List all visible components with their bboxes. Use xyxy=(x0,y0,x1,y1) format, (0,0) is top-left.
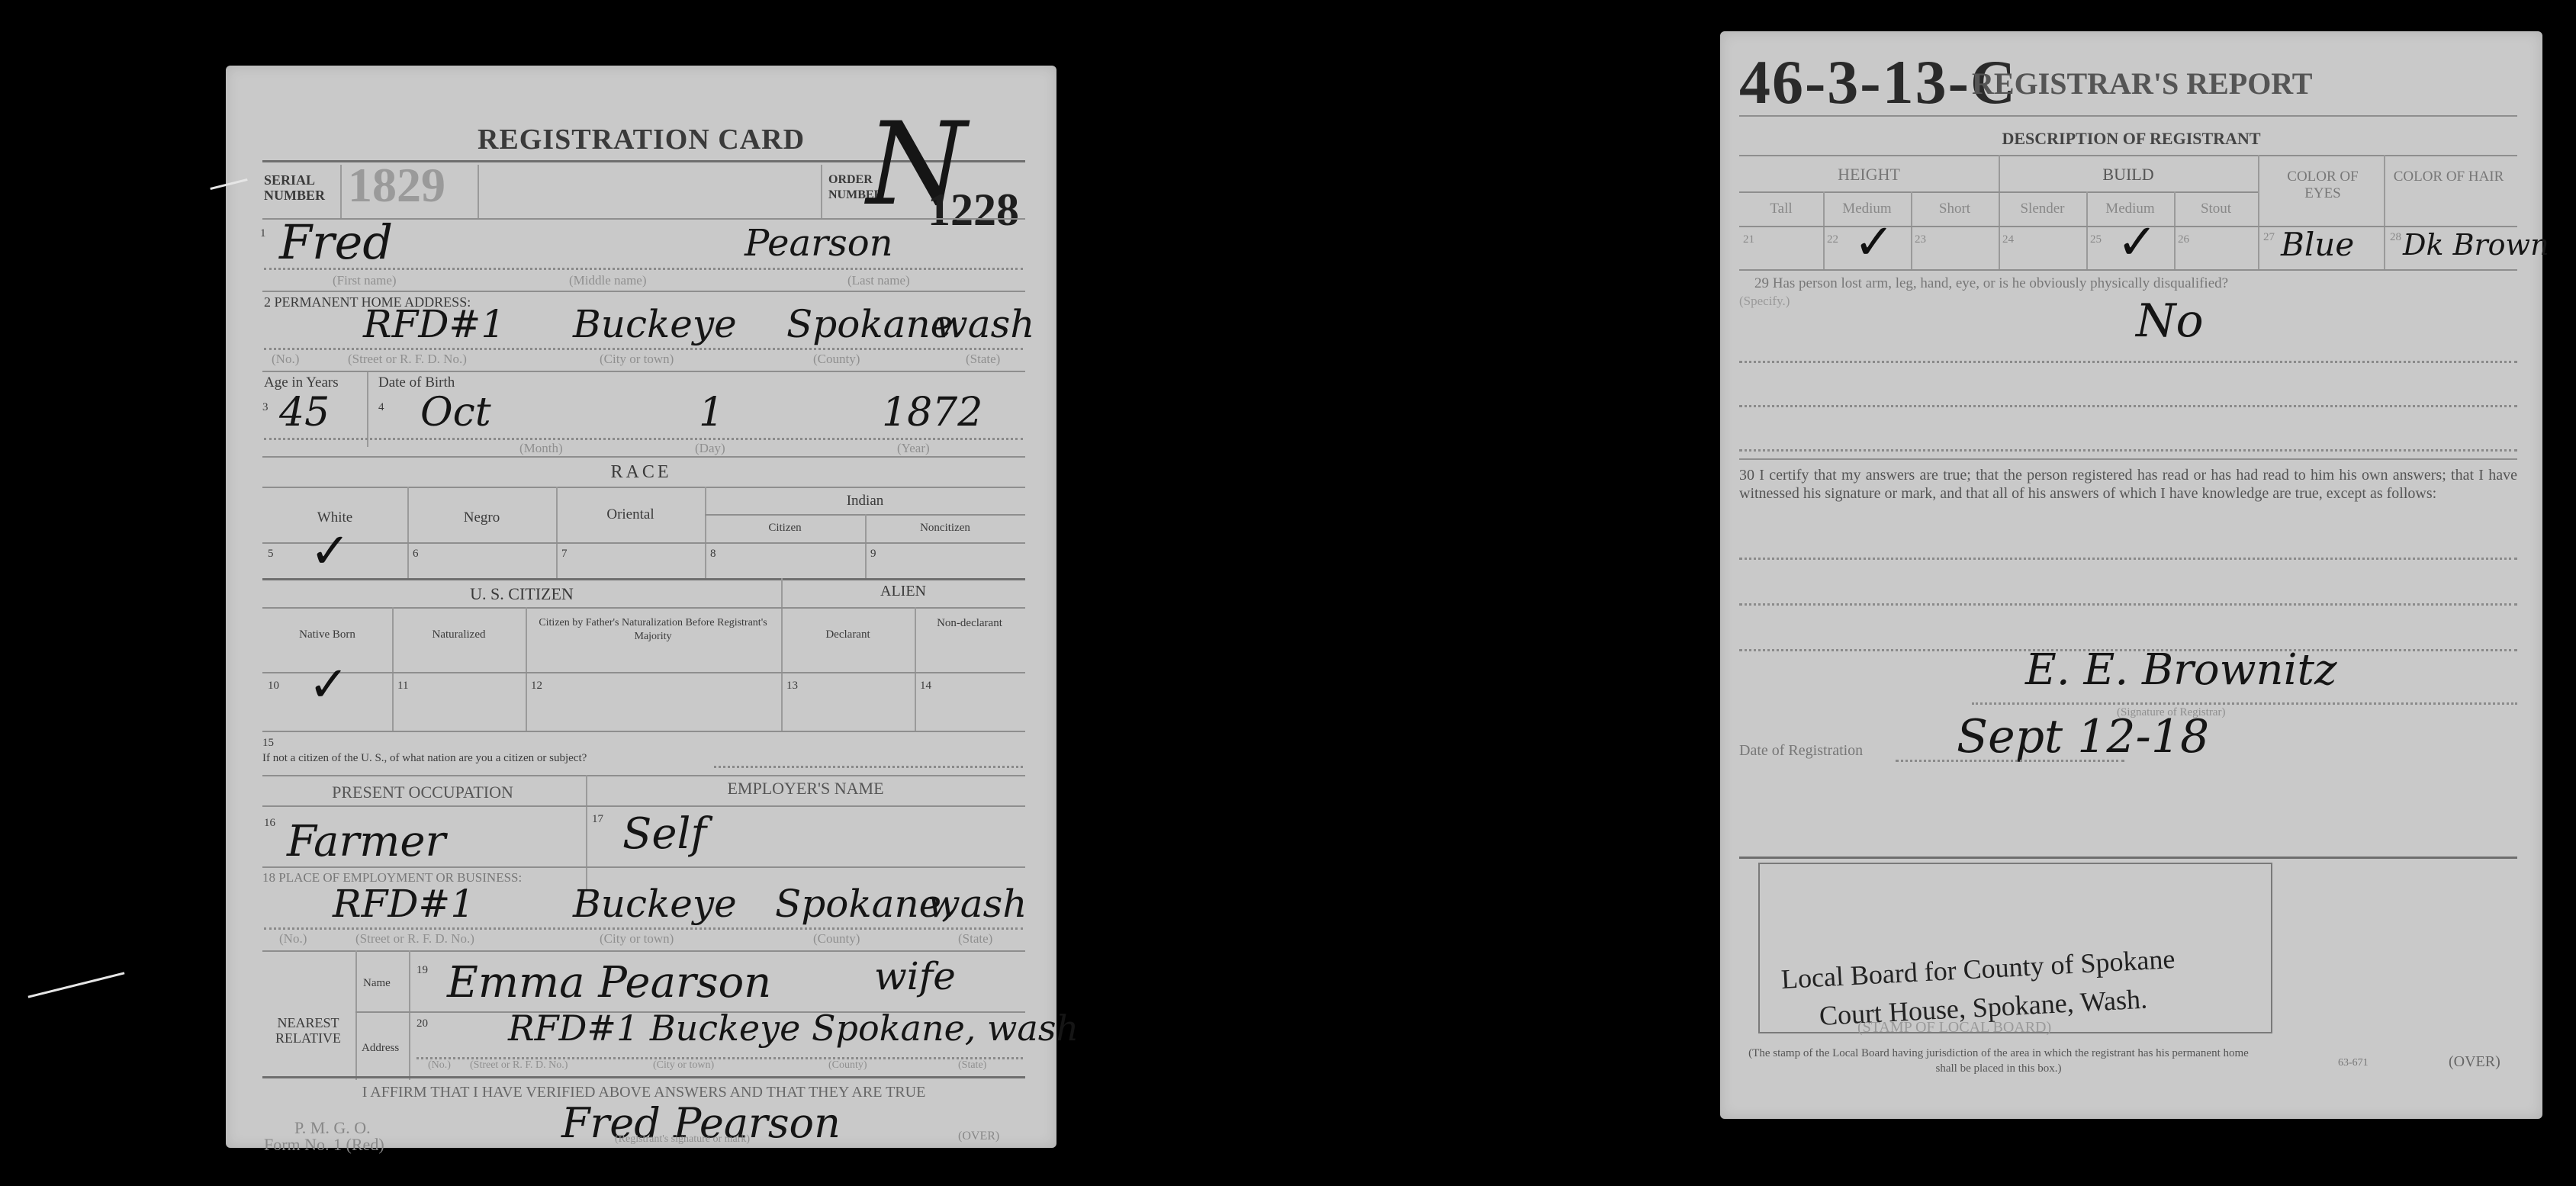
divider xyxy=(407,487,409,578)
registrars-report-back: 46-3-13-C REGISTRAR'S REPORT DESCRIPTION… xyxy=(1720,31,2542,1119)
report-title: REGISTRAR'S REPORT xyxy=(1972,66,2312,101)
divider xyxy=(262,456,1025,458)
alien-col-nondeclarant: Non-declarant xyxy=(928,616,1011,630)
dotted-line xyxy=(1739,603,2517,606)
caption-middle-name: (Middle name) xyxy=(569,273,647,288)
q15-number: 15 xyxy=(262,737,274,750)
divider xyxy=(262,731,1025,732)
citizen-col-naturalized: Naturalized xyxy=(392,628,526,641)
q28-number: 28 xyxy=(2390,231,2401,244)
dob-label: Date of Birth xyxy=(378,374,455,391)
q30-text: 30 I certify that my answers are true; t… xyxy=(1739,466,2517,503)
divider xyxy=(392,607,394,731)
native-born-checkmark: ✓ xyxy=(308,657,349,713)
divider xyxy=(1739,269,2517,271)
q16-number: 16 xyxy=(264,817,275,830)
divider xyxy=(1739,857,2517,859)
divider xyxy=(355,950,357,1080)
divider xyxy=(1739,155,2517,156)
q6-number: 6 xyxy=(413,548,419,561)
divider xyxy=(262,291,1025,292)
divider xyxy=(2258,155,2259,269)
last-name: Pearson xyxy=(744,222,893,265)
divider xyxy=(262,866,1025,868)
divider xyxy=(262,487,1025,488)
divider xyxy=(262,542,1025,544)
caption-first-name: (First name) xyxy=(333,273,397,288)
q29-answer: No xyxy=(2136,294,2204,348)
caption-city: (City or town) xyxy=(600,931,674,947)
relative-name: Emma Pearson xyxy=(447,958,771,1008)
dotted-line xyxy=(1896,760,2124,762)
us-citizen-heading: U. S. CITIZEN xyxy=(262,584,781,604)
occupation-heading: PRESENT OCCUPATION xyxy=(262,783,583,802)
caption-day: (Day) xyxy=(695,441,725,456)
serial-number-label: SERIAL NUMBER xyxy=(264,172,336,203)
caption-county: (County) xyxy=(813,352,860,367)
date-of-registration-label: Date of Registration xyxy=(1739,742,1863,760)
eye-color-value: Blue xyxy=(2281,226,2354,263)
divider xyxy=(1739,458,2517,460)
caption-no: (No.) xyxy=(272,352,299,367)
build-medium-checkmark: ✓ xyxy=(2117,214,2158,271)
build-col-stout: Stout xyxy=(2174,201,2258,217)
q5-number: 5 xyxy=(268,548,274,561)
signature-caption: (Registrant's signature or mark) xyxy=(615,1133,750,1146)
dob-day: 1 xyxy=(699,390,724,436)
dotted-line xyxy=(1739,361,2517,363)
q1-number: 1 xyxy=(260,227,266,240)
dotted-line xyxy=(1972,702,2517,705)
divider xyxy=(340,165,342,218)
stamp-note: (The stamp of the Local Board having jur… xyxy=(1743,1046,2254,1076)
order-number: 1228 xyxy=(928,184,1019,236)
caption-street: (Street or R. F. D. No.) xyxy=(355,931,474,947)
race-indian-heading: Indian xyxy=(705,493,1025,509)
registration-card-front: REGISTRATION CARD SERIAL NUMBER 1829 ORD… xyxy=(226,66,1056,1148)
employment-city: Buckeye xyxy=(573,882,737,926)
race-col-negro: Negro xyxy=(407,509,556,526)
occupation-value: Farmer xyxy=(287,817,445,866)
divider xyxy=(781,578,783,731)
hair-color-value: Dk Brown xyxy=(2403,228,2549,262)
q9-number: 9 xyxy=(870,548,876,561)
height-heading: HEIGHT xyxy=(1739,165,1999,185)
dotted-line xyxy=(1739,405,2517,407)
dotted-line xyxy=(714,766,1023,768)
stamp-caption: (STAMP OF LOCAL BOARD) xyxy=(1857,1019,2051,1037)
q7-number: 7 xyxy=(561,548,568,561)
caption-no: (No.) xyxy=(279,931,307,947)
race-col-oriental: Oriental xyxy=(556,506,705,523)
q12-number: 12 xyxy=(531,680,542,693)
q22-number: 22 xyxy=(1827,233,1838,246)
divider xyxy=(915,607,916,731)
height-col-short: Short xyxy=(1911,201,1999,217)
divider xyxy=(262,371,1025,372)
q20-number: 20 xyxy=(416,1017,428,1030)
race-col-noncitizen: Noncitizen xyxy=(865,522,1025,535)
dotted-line xyxy=(1739,558,2517,560)
over-label: (OVER) xyxy=(2449,1053,2500,1071)
divider xyxy=(478,165,479,218)
relative-address: RFD#1 Buckeye Spokane, wash xyxy=(508,1008,1079,1049)
divider xyxy=(262,578,1025,580)
over-label: (OVER) xyxy=(958,1130,999,1143)
q8-number: 8 xyxy=(710,548,716,561)
employer-heading: EMPLOYER'S NAME xyxy=(586,779,1025,799)
eye-color-heading: COLOR OF EYES xyxy=(2269,169,2376,202)
relative-relation: wife xyxy=(874,954,956,998)
caption-month: (Month) xyxy=(519,441,563,456)
divider xyxy=(526,607,527,731)
divider xyxy=(821,165,822,218)
caption-city: (City or town) xyxy=(600,352,674,367)
divider xyxy=(262,950,1025,952)
home-county: Spokane xyxy=(786,302,953,346)
divider xyxy=(1739,191,2258,193)
form-code: 63-671 xyxy=(2338,1057,2369,1069)
q4-number: 4 xyxy=(378,401,384,414)
caption-state: (State) xyxy=(966,352,1000,367)
divider xyxy=(2384,155,2385,269)
divider xyxy=(262,1076,1025,1078)
divider xyxy=(409,950,410,1080)
caption-state: (State) xyxy=(958,931,992,947)
build-col-slender: Slender xyxy=(1999,201,2086,217)
dob-month: Oct xyxy=(420,390,491,436)
divider xyxy=(262,775,1025,776)
registrar-signature: E. E. Brownitz xyxy=(2025,645,2337,695)
q26-number: 26 xyxy=(2178,233,2189,246)
q29-specify: (Specify.) xyxy=(1739,294,1790,309)
caption-last-name: (Last name) xyxy=(847,273,910,288)
hair-color-heading: COLOR OF HAIR xyxy=(2391,169,2506,185)
citizen-col-fathers: Citizen by Father's Naturalization Befor… xyxy=(531,616,775,644)
form-id-line2: Form No. 1 (Red) xyxy=(264,1135,384,1155)
employment-state: wash xyxy=(928,882,1027,926)
address-label: Address xyxy=(362,1042,399,1055)
white-checkmark: ✓ xyxy=(310,523,351,580)
caption-street: (Street or R. F. D. No.) xyxy=(470,1059,568,1072)
dob-year: 1872 xyxy=(882,390,982,436)
q24-number: 24 xyxy=(2002,233,2014,246)
first-name: Fred xyxy=(279,214,393,270)
caption-street: (Street or R. F. D. No.) xyxy=(348,352,467,367)
serial-number: 1829 xyxy=(348,157,445,214)
employer-value: Self xyxy=(622,809,706,859)
caption-no: (No.) xyxy=(428,1059,451,1072)
build-heading: BUILD xyxy=(1999,165,2258,185)
q21-number: 21 xyxy=(1743,233,1754,246)
divider xyxy=(262,805,1025,807)
q13-number: 13 xyxy=(786,680,798,693)
alien-heading: ALIEN xyxy=(781,583,1025,600)
height-medium-checkmark: ✓ xyxy=(1854,214,1895,271)
home-city: Buckeye xyxy=(573,302,737,346)
description-subtitle: DESCRIPTION OF REGISTRANT xyxy=(1720,129,2542,149)
divider xyxy=(262,672,1025,673)
q27-number: 27 xyxy=(2263,231,2275,244)
race-heading: RACE xyxy=(226,462,1056,483)
q15-label: If not a citizen of the U. S., of what n… xyxy=(262,752,587,765)
dotted-line xyxy=(1739,449,2517,452)
q25-number: 25 xyxy=(2090,233,2102,246)
age-label: Age in Years xyxy=(264,374,339,391)
caption-year: (Year) xyxy=(897,441,930,456)
date-of-registration-value: Sept 12-18 xyxy=(1957,710,2209,763)
dotted-line xyxy=(264,268,1023,270)
nearest-relative-label: NEAREST RELATIVE xyxy=(262,1015,354,1046)
caption-city: (City or town) xyxy=(653,1059,714,1072)
q10-number: 10 xyxy=(268,680,279,693)
race-col-citizen: Citizen xyxy=(705,522,865,535)
alien-col-declarant: Declarant xyxy=(781,628,915,641)
citizen-col-native: Native Born xyxy=(262,628,392,641)
divider xyxy=(556,487,558,578)
home-state: wash xyxy=(935,302,1034,346)
dotted-line xyxy=(264,927,1023,930)
divider xyxy=(262,607,1025,609)
dotted-line xyxy=(264,348,1023,350)
q23-number: 23 xyxy=(1915,233,1926,246)
home-street: RFD#1 xyxy=(363,302,505,346)
height-col-tall: Tall xyxy=(1739,201,1823,217)
q19-number: 19 xyxy=(416,964,428,977)
q11-number: 11 xyxy=(397,680,408,693)
q3-number: 3 xyxy=(262,401,269,414)
scratch-mark xyxy=(28,972,125,998)
divider xyxy=(1739,115,2517,117)
q29-label: 29 Has person lost arm, leg, hand, eye, … xyxy=(1754,275,2228,292)
name-label: Name xyxy=(363,977,391,990)
caption-state: (State) xyxy=(958,1059,986,1072)
divider xyxy=(367,372,368,447)
q14-number: 14 xyxy=(920,680,931,693)
employment-street: RFD#1 xyxy=(333,882,474,926)
caption-county: (County) xyxy=(813,931,860,947)
dotted-line xyxy=(264,438,1023,440)
age-value: 45 xyxy=(279,390,330,436)
caption-county: (County) xyxy=(828,1059,867,1072)
q17-number: 17 xyxy=(592,813,603,826)
